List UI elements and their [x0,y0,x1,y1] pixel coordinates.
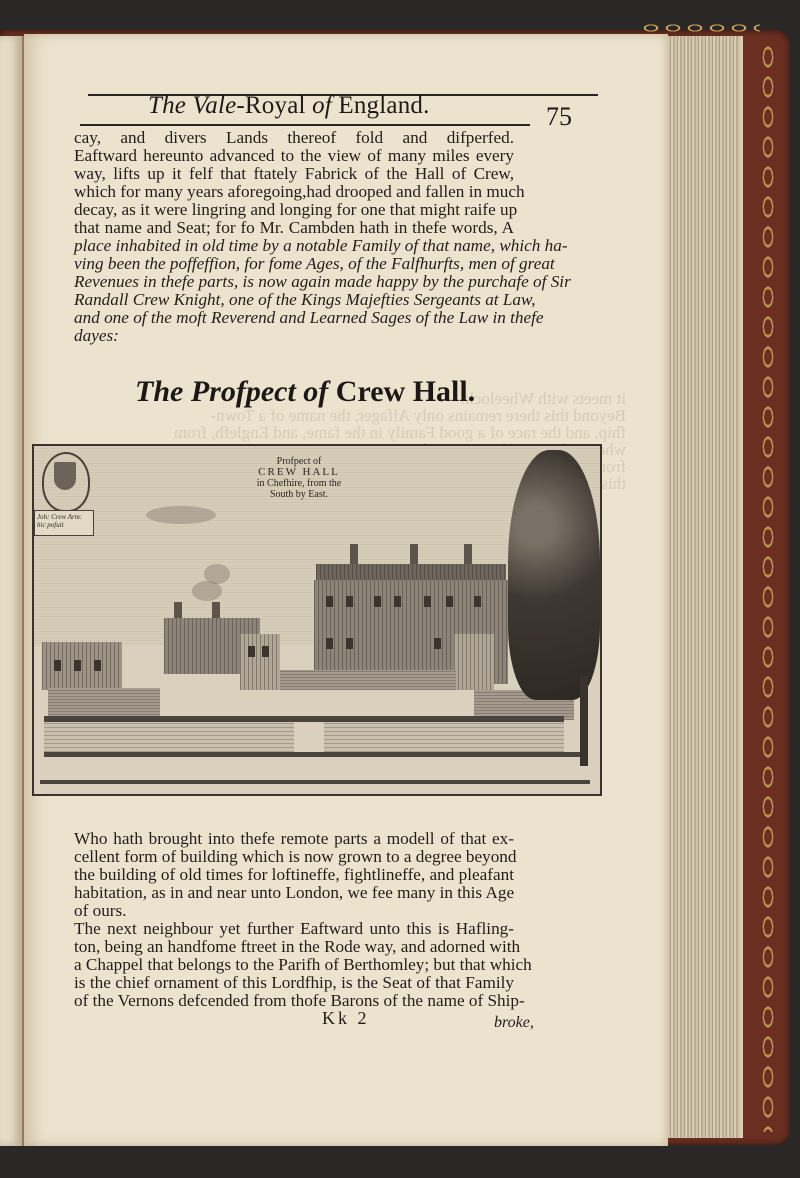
text-line-italic: place inhabited in old time by a notable… [74,237,514,255]
large-tree [508,450,600,700]
window [74,660,81,671]
text-line-italic: Revenues in thefe parts, is now again ma… [74,273,514,291]
text-line-italic: and one of the moft Reverend and Learned… [74,309,514,327]
text-line: ton, being an handfome ftreet in the Rod… [74,938,514,956]
page-fore-edge [666,36,743,1138]
section-title-roman: Crew Hall. [336,375,475,408]
garden-wall-left [48,688,160,718]
caption-line: South by East. [224,489,374,500]
engraving-caption: Profpect of CREW HALL in Chefhire, from … [224,456,374,500]
section-title-italic: The Profpect of [135,375,336,408]
catchword: broke, [494,1014,534,1032]
chimney [350,544,358,566]
running-head: The Vale-Royal of England. [148,92,430,120]
chimney-smoke [204,564,230,584]
window [346,638,353,649]
paragraph-building-modell: Who hath brought into thefe remote parts… [74,830,514,920]
running-head-italic: The Vale- [148,92,245,119]
gatehouse-left [240,634,280,690]
page-number: 75 [546,102,572,132]
courtyard-wall [280,670,456,690]
window [326,596,333,607]
caption-line: CREW HALL [224,467,374,478]
text-line-italic: ving been the poffeffion, for fome Ages,… [74,255,514,273]
chimney [410,544,418,566]
moat-right [324,722,564,752]
window [374,596,381,607]
window [446,596,453,607]
ghost-line: Beyond this there remains only Alfager, … [336,407,626,424]
text-line: Who hath brought into thefe remote parts… [74,830,514,848]
text-line: a Chappel that belongs to the Parifh of … [74,956,514,974]
paragraph-haslington: The next neighbour yet further Eaftward … [74,920,514,1010]
verso-page-edge [0,36,24,1146]
window [262,646,269,657]
running-head-of: of [306,92,339,119]
text-line: of the Vernons defcended from thofe Baro… [74,992,514,1010]
gilt-tooling-side [758,42,778,1132]
arms-banner: Joh: Crew Arm: hic pofuit [34,510,94,536]
section-title: The Profpect of Crew Hall. [135,375,475,409]
window [94,660,101,671]
text-line: habitation, as in and near unto London, … [74,884,514,902]
ghost-line: fhip, and the race of a good Family in t… [336,424,626,441]
chimney-smoke [192,581,222,601]
moat-left [44,722,294,752]
window [54,660,61,671]
engraving-crew-hall: Joh: Crew Arm: hic pofuit Profpect of CR… [32,444,602,796]
hedge-row [44,752,584,757]
window [346,596,353,607]
banner-line: Joh: Crew Arm: [37,513,91,521]
window [434,638,441,649]
text-line: way, lifts up it felf that ftately Fabri… [74,165,514,183]
gatehouse-right [454,634,494,690]
cloud [146,506,216,524]
text-line: of ours. [74,902,514,920]
window [424,596,431,607]
text-line-italic: Randall Crew Knight, one of the Kings Ma… [74,291,514,309]
running-head-england: England. [338,92,429,119]
text-line: the building of old times for loftineffe… [74,866,514,884]
window [474,596,481,607]
window [326,638,333,649]
paragraph-crew-hall-intro: cay, and divers Lands thereof fold and d… [74,129,514,345]
text-line: which for many years aforegoing,had droo… [74,183,514,201]
running-head-royal: Royal [245,92,306,119]
banner-line: hic pofuit [37,521,91,529]
window [248,646,255,657]
window [394,596,401,607]
text-line: cellent form of building which is now gr… [74,848,514,866]
tree-trunk [580,676,588,766]
text-line: that name and Seat; for fo Mr. Cambden h… [74,219,514,237]
head-rule-bottom [80,124,530,126]
caption-line: in Chefhire, from the [224,478,374,489]
text-line: cay, and divers Lands thereof fold and d… [74,129,514,147]
text-line: Eaftward hereunto advanced to the view o… [74,147,514,165]
coat-of-arms-shield [54,462,76,490]
text-line-italic: dayes: [74,327,514,345]
text-line: is the chief ornament of this Lordfhip, … [74,974,514,992]
text-line: The next neighbour yet further Eaftward … [74,920,514,938]
signature-mark: Kk 2 [322,1008,370,1029]
gilt-tooling-top [640,22,760,34]
ground-line [40,780,590,784]
chimney [464,544,472,566]
text-line: decay, as it were lingring and longing f… [74,201,514,219]
